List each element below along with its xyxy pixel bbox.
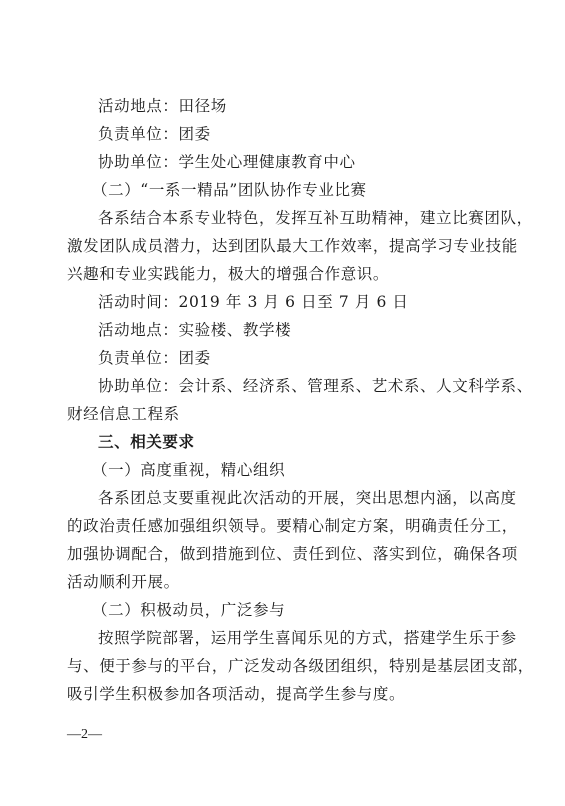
subsection-heading: （二）积极动员，广泛参与: [92, 600, 285, 620]
paragraph-line: 财经信息工程系: [67, 404, 180, 424]
paragraph-line: 负责单位：团委: [98, 124, 211, 144]
paragraph-line: 按照学院部署，运用学生喜闻乐见的方式，搭建学生乐于参: [98, 628, 517, 648]
paragraph-line: 活动时间：2019 年 3 月 6 日至 7 月 6 日: [98, 292, 409, 312]
paragraph-line: 各系结合本系专业特色，发挥互补互助精神，建立比赛团队，: [98, 208, 533, 228]
paragraph-line: 活动地点：实验楼、教学楼: [98, 320, 291, 340]
page-number: —2—: [67, 727, 102, 743]
paragraph-line: 活动顺利开展。: [67, 572, 180, 592]
paragraph-line: 加强协调配合，做到措施到位、责任到位、落实到位，确保各项: [67, 544, 518, 564]
paragraph-line: 与、便于参与的平台，广泛发动各级团组织，特别是基层团支部，: [67, 656, 534, 676]
paragraph-line: 兴趣和专业实践能力，极大的增强合作意识。: [67, 264, 389, 284]
paragraph-line: 负责单位：团委: [98, 348, 211, 368]
paragraph-line: 各系团总支要重视此次活动的开展，突出思想内涵，以高度: [98, 488, 517, 508]
paragraph-line: 协助单位：会计系、经济系、管理系、艺术系、人文科学系、: [98, 376, 533, 396]
paragraph-line: 活动地点：田径场: [98, 96, 227, 116]
section-heading: 三、相关要求: [98, 432, 195, 452]
paragraph-line: 的政治责任感加强组织领导。要精心制定方案，明确责任分工，: [67, 516, 518, 536]
paragraph-line: 协助单位：学生处心理健康教育中心: [98, 152, 356, 172]
subsection-heading: （二）“一系一精品”团队协作专业比赛: [92, 180, 367, 200]
subsection-heading: （一）高度重视，精心组织: [92, 460, 285, 480]
paragraph-line: 激发团队成员潜力，达到团队最大工作效率，提高学习专业技能: [67, 236, 518, 256]
paragraph-line: 吸引学生积极参加各项活动，提高学生参与度。: [67, 684, 405, 704]
